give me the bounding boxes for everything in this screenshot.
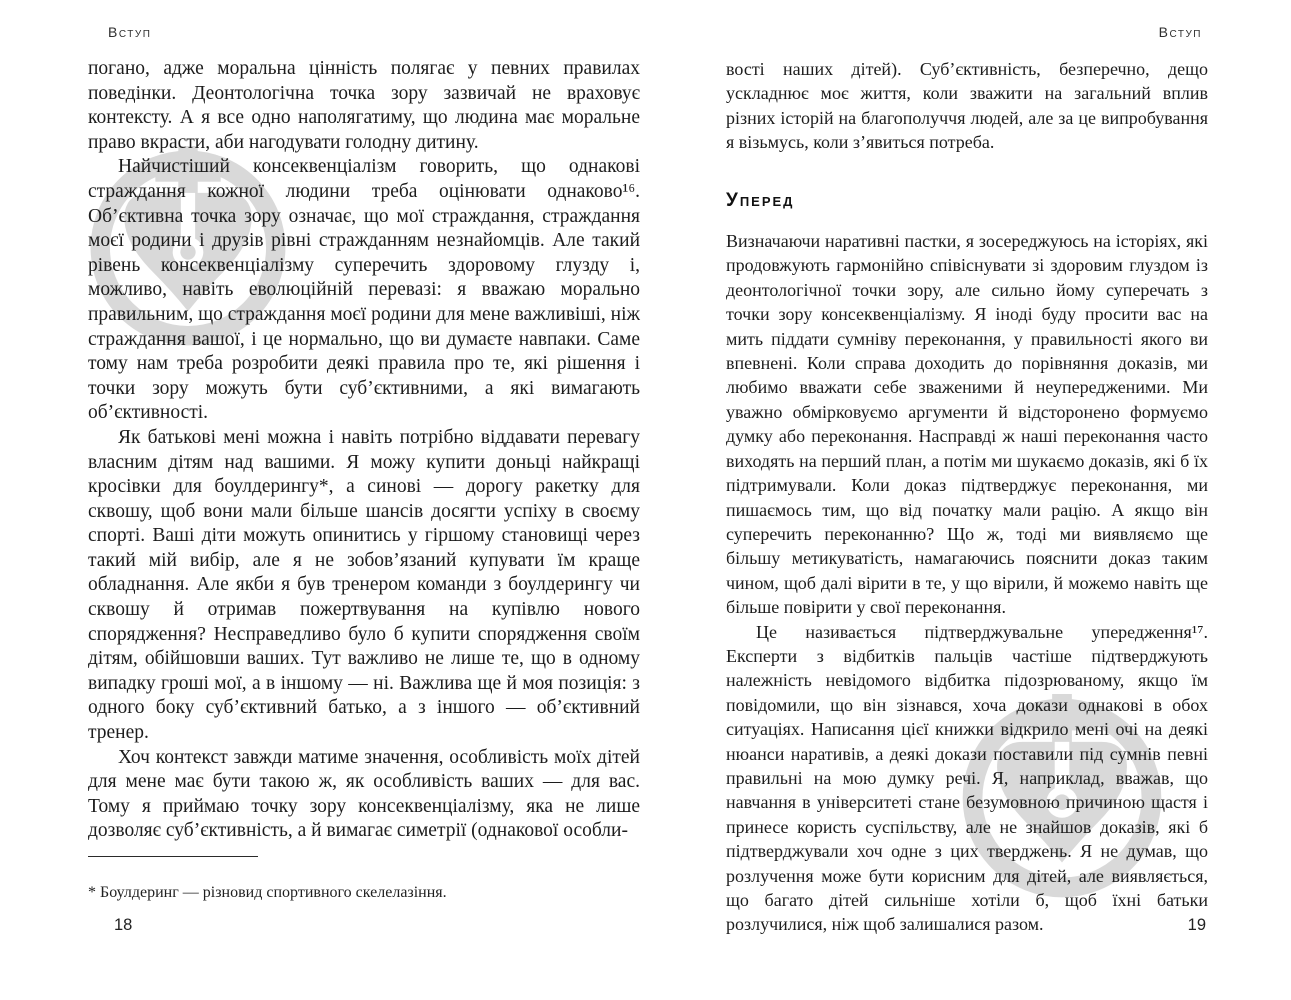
paragraph: Це називається підтверджувальне упередже… (726, 620, 1208, 937)
page-right-body: вості наших дітей). Суб’єктивність, безп… (726, 57, 1208, 937)
paragraph: Хоч контекст завжди матиме значення, осо… (88, 746, 640, 844)
page-right: Вступ вості наших дітей). Суб’єктивність… (726, 0, 1208, 1000)
paragraph: Визначаючи наративні пастки, я зосереджу… (726, 229, 1208, 620)
running-head: Вступ (1159, 24, 1202, 40)
footnote: * Боулдеринг — різновид спортивного скел… (88, 882, 640, 903)
book-spread: Вступ погано, адже моральна цінність пол… (0, 0, 1291, 1000)
page-number: 18 (114, 916, 132, 935)
running-head: Вступ (108, 24, 151, 40)
page-left: Вступ погано, адже моральна цінність пол… (88, 0, 640, 1000)
paragraph: погано, адже моральна цінність полягає у… (88, 57, 640, 155)
section-heading: Уперед (726, 189, 1208, 213)
footnote-rule (88, 856, 258, 857)
page-number: 19 (1188, 916, 1206, 935)
paragraph: Як батькові мені можна і навіть потрібно… (88, 426, 640, 746)
paragraph: вості наших дітей). Суб’єктивність, безп… (726, 57, 1208, 155)
paragraph: Найчистіший консеквенціалізм говорить, щ… (88, 155, 640, 426)
page-left-body: погано, адже моральна цінність полягає у… (88, 57, 640, 844)
